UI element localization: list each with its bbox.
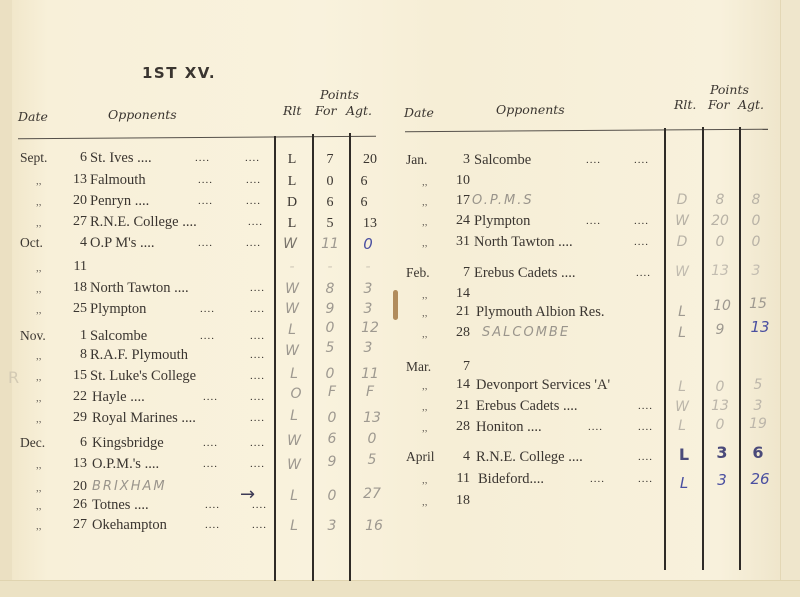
points-against-cell: 16 xyxy=(356,518,392,534)
header-rule-left xyxy=(18,136,376,139)
result-cell: L xyxy=(664,418,700,434)
leader-dots: .... xyxy=(586,154,601,166)
result-cell: L xyxy=(276,366,312,382)
points-against-cell: 5 xyxy=(354,452,390,468)
opponent: R.N.E. College .... xyxy=(90,214,197,231)
paper-edge-bottom xyxy=(0,580,800,597)
ditto-mark: ,, xyxy=(422,422,428,434)
points-for-cell: 9 xyxy=(702,322,738,338)
result-cell: L xyxy=(666,445,702,464)
day: 29 xyxy=(65,410,87,426)
result-cell: W xyxy=(664,399,700,415)
paper-edge-right xyxy=(780,0,800,597)
points-against-cell: 13 xyxy=(354,410,390,426)
leader-dots: .... xyxy=(203,458,218,470)
ditto-mark: ,, xyxy=(36,459,42,471)
handwritten-opponent: SALCOMBE xyxy=(482,325,570,340)
leader-dots: .... xyxy=(634,236,649,248)
opponent: Devonport Services 'A' xyxy=(476,377,610,394)
ditto-mark: ,, xyxy=(36,482,42,494)
day: 7 xyxy=(448,265,470,281)
header-against-left: Agt. xyxy=(346,103,372,118)
result-cell: D xyxy=(664,192,700,208)
leader-dots: .... xyxy=(638,421,653,433)
opponent: R.N.E. College .... xyxy=(476,449,583,466)
points-against-cell: 0 xyxy=(738,213,774,229)
day: 15 xyxy=(65,368,87,384)
leader-dots: .... xyxy=(198,237,213,249)
points-for-cell: 0 xyxy=(314,488,350,504)
points-against-cell: 27 xyxy=(354,486,390,502)
day: 28 xyxy=(448,325,470,341)
header-for-left: For xyxy=(315,103,337,118)
paper-edge-left xyxy=(0,0,12,597)
points-for-cell: 0 xyxy=(314,410,350,426)
points-for-cell: 9 xyxy=(314,454,350,470)
header-date-left: Date xyxy=(18,109,48,124)
opponent: Kingsbridge xyxy=(92,435,164,452)
ditto-mark: ,, xyxy=(36,392,42,404)
ditto-mark: ,, xyxy=(422,176,428,188)
result-cell: W xyxy=(276,433,312,449)
day: 20 xyxy=(65,479,87,495)
leader-dots: .... xyxy=(203,437,218,449)
result-cell: D xyxy=(664,234,700,250)
fixture-card: R 1ST XV. Date Opponents Rlt Points For … xyxy=(0,0,800,597)
points-for-cell: F xyxy=(314,384,350,400)
leader-dots: .... xyxy=(245,152,260,164)
leader-dots: .... xyxy=(205,519,220,531)
day: 21 xyxy=(448,304,470,320)
day: 10 xyxy=(448,173,470,189)
arrow-annotation: → xyxy=(240,484,255,505)
ditto-mark: ,, xyxy=(422,401,428,413)
header-rule-right xyxy=(405,129,768,133)
leader-dots: .... xyxy=(250,349,265,361)
points-for-cell: 6 xyxy=(312,195,348,211)
day: 8 xyxy=(65,347,87,363)
points-against-cell: - xyxy=(350,259,386,275)
day: 25 xyxy=(65,301,87,317)
leader-dots: .... xyxy=(203,391,218,403)
points-for-cell: 0 xyxy=(312,366,348,382)
points-against-cell: 8 xyxy=(738,192,774,208)
points-against-cell: 12 xyxy=(352,320,388,336)
leader-dots: .... xyxy=(638,473,653,485)
day: 17 xyxy=(448,193,470,209)
result-cell: D xyxy=(274,195,310,211)
day: 6 xyxy=(65,150,87,166)
ditto-mark: ,, xyxy=(36,520,42,532)
month: Feb. xyxy=(406,265,451,281)
opponent: O.P M's .... xyxy=(90,235,155,252)
ditto-mark: ,, xyxy=(422,474,428,486)
result-cell: W xyxy=(274,281,310,297)
opponent: Royal Marines .... xyxy=(92,410,196,427)
points-against-cell: 19 xyxy=(740,416,776,432)
leader-dots: .... xyxy=(250,412,265,424)
month: Nov. xyxy=(20,328,65,344)
leader-dots: .... xyxy=(200,330,215,342)
header-points-left: Points xyxy=(320,87,359,102)
page-title: 1ST XV. xyxy=(142,64,216,82)
points-against-cell: 3 xyxy=(350,301,386,317)
ditto-mark: ,, xyxy=(422,216,428,228)
result-cell: O xyxy=(278,386,314,402)
points-for-cell: 3 xyxy=(704,471,740,489)
ditto-mark: ,, xyxy=(422,237,428,249)
points-for-cell: 8 xyxy=(702,192,738,208)
day: 27 xyxy=(65,214,87,230)
points-against-cell: 3 xyxy=(350,281,386,297)
points-for-cell: 10 xyxy=(704,298,740,314)
points-for-cell: 3 xyxy=(704,443,740,462)
leader-dots: .... xyxy=(195,152,210,164)
ditto-mark: ,, xyxy=(36,262,42,274)
day: 1 xyxy=(65,328,87,344)
day: 14 xyxy=(448,286,470,302)
leader-dots: .... xyxy=(634,154,649,166)
opponent: Hayle .... xyxy=(92,389,145,406)
opponent: O.P.M.'s .... xyxy=(92,456,159,473)
points-for-cell: 5 xyxy=(312,340,348,356)
points-against-cell: 3 xyxy=(740,398,776,414)
day: 28 xyxy=(448,419,470,435)
day: 27 xyxy=(65,517,87,533)
day: 22 xyxy=(65,389,87,405)
leader-dots: .... xyxy=(250,330,265,342)
ditto-mark: ,, xyxy=(36,175,42,187)
header-result-left: Rlt xyxy=(283,103,301,118)
day: 4 xyxy=(65,235,87,251)
month: April xyxy=(406,449,451,465)
opponent: Salcombe xyxy=(474,152,531,169)
result-cell: L xyxy=(274,152,310,168)
points-against-cell: 6 xyxy=(346,174,382,190)
points-for-cell: 13 xyxy=(702,263,738,279)
result-cell: L xyxy=(276,408,312,424)
ditto-mark: ,, xyxy=(422,496,428,508)
result-cell: L xyxy=(274,216,310,232)
opponent: R.A.F. Plymouth xyxy=(90,347,188,364)
points-for-cell: 3 xyxy=(314,518,350,534)
result-cell: L xyxy=(276,518,312,534)
points-for-cell: 0 xyxy=(702,417,738,433)
ditto-mark: ,, xyxy=(36,217,42,229)
handwritten-opponent: O.P.M.S xyxy=(472,193,534,208)
leader-dots: .... xyxy=(250,282,265,294)
points-for-cell: 0 xyxy=(312,320,348,336)
opponent: Honiton .... xyxy=(476,419,542,436)
points-against-cell: 13 xyxy=(742,318,778,336)
opponent: Penryn .... xyxy=(90,193,149,210)
opponent: Plympton xyxy=(474,213,530,230)
points-against-cell: 5 xyxy=(740,377,776,393)
result-cell: W xyxy=(664,264,700,280)
ditto-mark: ,, xyxy=(422,307,428,319)
points-for-cell: - xyxy=(312,259,348,275)
ditto-mark: ,, xyxy=(36,196,42,208)
ditto-mark: ,, xyxy=(36,371,42,383)
points-for-cell: 5 xyxy=(312,216,348,232)
day: 13 xyxy=(65,172,87,188)
month: Sept. xyxy=(20,150,65,166)
result-cell: L xyxy=(274,174,310,190)
leader-dots: .... xyxy=(590,473,605,485)
points-for-cell: 8 xyxy=(312,281,348,297)
points-for-cell: 11 xyxy=(312,236,348,252)
points-for-cell: 13 xyxy=(702,398,738,414)
header-points-right: Points xyxy=(710,82,749,97)
result-cell: L xyxy=(664,304,700,320)
day: 24 xyxy=(448,213,470,229)
day: 4 xyxy=(448,449,470,465)
result-cell: W xyxy=(274,343,310,359)
leader-dots: .... xyxy=(205,499,220,511)
opponent: Erebus Cadets .... xyxy=(476,398,577,415)
header-against-right: Agt. xyxy=(738,97,764,112)
day: 20 xyxy=(65,193,87,209)
ditto-mark: ,, xyxy=(36,413,42,425)
leader-dots: .... xyxy=(250,391,265,403)
opponent: Erebus Cadets .... xyxy=(474,265,575,282)
leader-dots: .... xyxy=(246,174,261,186)
leader-dots: .... xyxy=(246,195,261,207)
leader-dots: .... xyxy=(588,421,603,433)
points-for-cell: 6 xyxy=(314,431,350,447)
day: 11 xyxy=(65,259,87,275)
points-against-cell: 6 xyxy=(740,443,776,462)
result-cell: - xyxy=(274,259,310,275)
day: 13 xyxy=(65,456,87,472)
opponent: Plympton xyxy=(90,301,146,318)
points-against-cell: 0 xyxy=(738,234,774,250)
month: Mar. xyxy=(406,359,451,375)
month: Dec. xyxy=(20,435,65,451)
header-opponents-left: Opponents xyxy=(108,107,177,122)
day: 21 xyxy=(448,398,470,414)
leader-dots: .... xyxy=(634,215,649,227)
result-cell: L xyxy=(664,325,700,341)
result-cell: L xyxy=(274,322,310,338)
header-date-right: Date xyxy=(404,105,434,120)
leader-dots: .... xyxy=(638,451,653,463)
leader-dots: .... xyxy=(246,237,261,249)
ditto-mark: ,, xyxy=(36,304,42,316)
result-cell: W xyxy=(272,236,308,252)
header-for-right: For xyxy=(708,97,730,112)
day: 18 xyxy=(448,493,470,509)
ditto-mark: ,, xyxy=(422,289,428,301)
day: 18 xyxy=(65,280,87,296)
points-for-cell: 0 xyxy=(312,174,348,190)
points-against-cell: 26 xyxy=(742,470,778,488)
result-cell: L xyxy=(276,488,312,504)
leader-dots: .... xyxy=(198,174,213,186)
day: 7 xyxy=(448,359,470,375)
leader-dots: .... xyxy=(250,370,265,382)
leader-dots: .... xyxy=(250,303,265,315)
result-cell: W xyxy=(274,301,310,317)
ditto-mark: ,, xyxy=(36,283,42,295)
leader-dots: .... xyxy=(638,400,653,412)
month: Jan. xyxy=(406,152,451,168)
day: 31 xyxy=(448,234,470,250)
points-for-cell: 0 xyxy=(702,379,738,395)
ditto-mark: ,, xyxy=(422,196,428,208)
opponent: Bideford.... xyxy=(478,471,544,488)
stain-mark xyxy=(393,290,398,320)
opponent: Plymouth Albion Res. xyxy=(476,304,605,321)
leader-dots: .... xyxy=(198,195,213,207)
day: 6 xyxy=(65,435,87,451)
ditto-mark: ,, xyxy=(36,500,42,512)
result-cell: L xyxy=(666,474,702,492)
points-against-cell: 0 xyxy=(354,431,390,447)
opponent: Totnes .... xyxy=(92,497,149,514)
points-for-cell: 0 xyxy=(702,234,738,250)
day: 26 xyxy=(65,497,87,513)
opponent: Salcombe xyxy=(90,328,147,345)
points-against-cell: F xyxy=(352,384,388,400)
result-cell: W xyxy=(276,457,312,473)
day: 3 xyxy=(448,152,470,168)
ghost-letter: R xyxy=(8,368,19,387)
opponent: North Tawton .... xyxy=(474,234,573,251)
leader-dots: .... xyxy=(636,267,651,279)
month: Oct. xyxy=(20,235,65,251)
points-against-cell: 3 xyxy=(350,340,386,356)
handwritten-opponent: BRIXHAM xyxy=(92,479,167,494)
header-result-right: Rlt. xyxy=(674,97,696,112)
day: 11 xyxy=(448,471,470,487)
points-against-cell: 3 xyxy=(738,263,774,279)
ditto-mark: ,, xyxy=(36,350,42,362)
opponent: St. Ives .... xyxy=(90,150,152,167)
result-cell: W xyxy=(664,213,700,229)
points-against-cell: 11 xyxy=(352,366,388,382)
day: 14 xyxy=(448,377,470,393)
points-against-cell: 6 xyxy=(346,195,382,211)
points-against-cell: 0 xyxy=(350,235,386,253)
opponent: Okehampton xyxy=(92,517,167,534)
points-against-cell: 20 xyxy=(350,152,390,168)
opponent: St. Luke's College xyxy=(90,368,196,385)
leader-dots: .... xyxy=(250,437,265,449)
leader-dots: .... xyxy=(252,519,267,531)
ditto-mark: ,, xyxy=(422,328,428,340)
leader-dots: .... xyxy=(200,303,215,315)
header-opponents-right: Opponents xyxy=(496,102,565,117)
points-against-cell: 13 xyxy=(352,216,388,232)
points-for-cell: 7 xyxy=(312,152,348,168)
points-against-cell: 15 xyxy=(740,296,776,312)
opponent: Falmouth xyxy=(90,172,146,189)
result-cell: L xyxy=(664,379,700,395)
leader-dots: .... xyxy=(248,216,263,228)
leader-dots: .... xyxy=(250,458,265,470)
leader-dots: .... xyxy=(586,215,601,227)
points-for-cell: 20 xyxy=(702,213,738,229)
opponent: North Tawton .... xyxy=(90,280,189,297)
points-for-cell: 9 xyxy=(312,301,348,317)
ditto-mark: ,, xyxy=(422,380,428,392)
